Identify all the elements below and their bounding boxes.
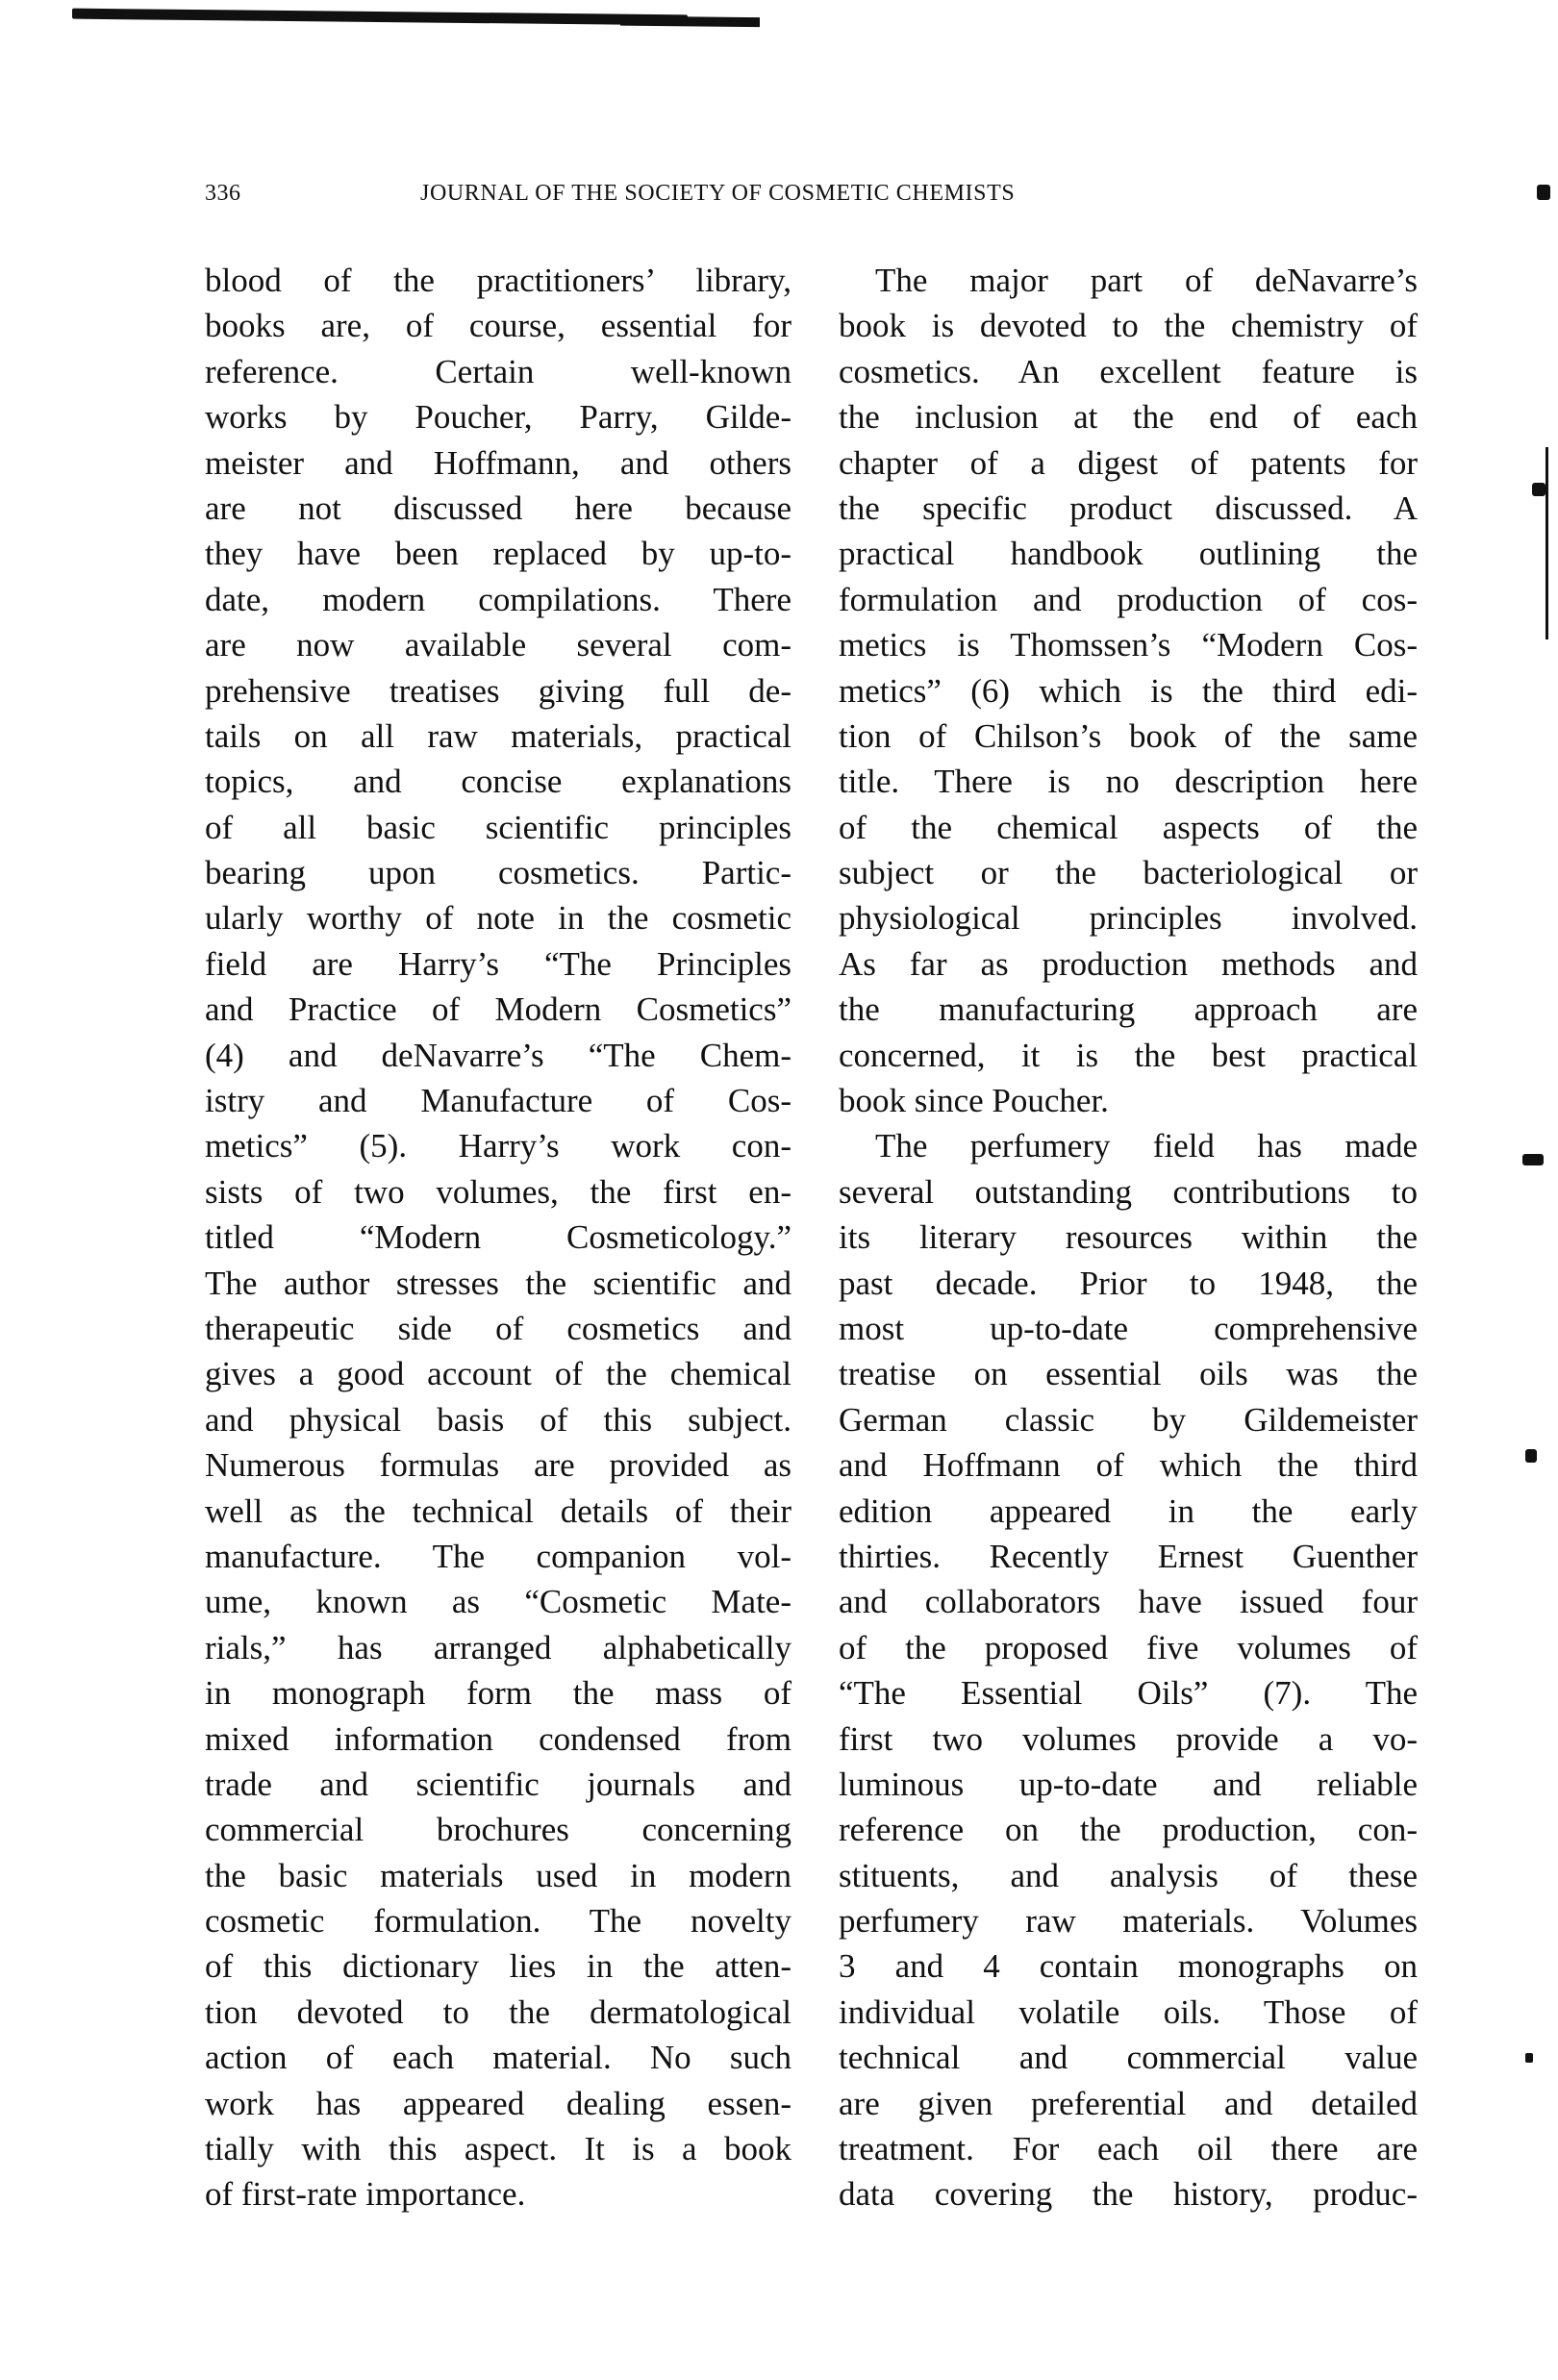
text-line: in monograph form the mass of [205, 1670, 792, 1716]
text-line: individual volatile oils. Those of [839, 1990, 1418, 2035]
text-line: tion devoted to the dermatological [205, 1990, 792, 2035]
text-line: therapeutic side of cosmetics and [205, 1306, 792, 1351]
text-line: topics, and concise explanations [205, 759, 792, 804]
text-line: physiological principles involved. [839, 895, 1418, 940]
text-line: treatment. For each oil there are [839, 2126, 1418, 2171]
text-line: books are, of course, essential for [205, 303, 792, 348]
text-line: luminous up-to-date and reliable [839, 1762, 1418, 1807]
text-line: sists of two volumes, the first en- [205, 1169, 792, 1215]
text-line: of first-rate importance. [205, 2171, 792, 2217]
scan-artifact-mark [1545, 447, 1548, 639]
text-line: commercial brochures concerning [205, 1807, 792, 1852]
text-line: data covering the history, produc- [839, 2171, 1418, 2217]
text-line: book since Poucher. [839, 1078, 1418, 1123]
scan-artifact-mark [1522, 1154, 1544, 1165]
text-line: Numerous formulas are provided as [205, 1442, 792, 1488]
text-line: book is devoted to the chemistry of [839, 303, 1418, 348]
paragraph-start-line: The major part of deNavarre’s [839, 258, 1418, 303]
scan-artifact-mark [1525, 1449, 1537, 1463]
text-line: German classic by Gildemeister [839, 1397, 1418, 1442]
text-line: date, modern compilations. There [205, 577, 792, 622]
text-line: its literary resources within the [839, 1215, 1418, 1260]
text-line: and physical basis of this subject. [205, 1397, 792, 1442]
text-line: reference. Certain well-known [205, 349, 792, 394]
text-line: practical handbook outlining the [839, 531, 1418, 576]
text-line: well as the technical details of their [205, 1489, 792, 1534]
scan-artifact-mark [1525, 2053, 1533, 2063]
text-line: tially with this aspect. It is a book [205, 2126, 792, 2171]
text-line: treatise on essential oils was the [839, 1351, 1418, 1396]
text-line: metics” (6) which is the third edi- [839, 668, 1418, 714]
text-line: rials,” has arranged alphabetically [205, 1625, 792, 1670]
text-line: field are Harry’s “The Principles [205, 941, 792, 987]
text-line: blood of the practitioners’ library, [205, 258, 792, 303]
text-line: the manufacturing approach are [839, 987, 1418, 1032]
text-line: manufacture. The companion vol- [205, 1534, 792, 1579]
text-line: formulation and production of cos- [839, 577, 1418, 622]
text-line: are given preferential and detailed [839, 2081, 1418, 2126]
text-line: cosmetic formulation. The novelty [205, 1898, 792, 1943]
text-line: ularly worthy of note in the cosmetic [205, 895, 792, 940]
text-line: 3 and 4 contain monographs on [839, 1943, 1418, 1989]
text-line: are not discussed here because [205, 486, 792, 531]
text-line: stituents, and analysis of these [839, 1853, 1418, 1898]
text-line: first two volumes provide a vo- [839, 1716, 1418, 1762]
paragraph-start-line: The perfumery field has made [839, 1123, 1418, 1168]
text-line: trade and scientific journals and [205, 1762, 792, 1807]
text-line: tion of Chilson’s book of the same [839, 714, 1418, 759]
text-line: are now available several com- [205, 622, 792, 667]
text-line: works by Poucher, Parry, Gilde- [205, 394, 792, 439]
text-line: As far as production methods and [839, 941, 1418, 987]
text-line: past decade. Prior to 1948, the [839, 1261, 1418, 1306]
text-line: tails on all raw materials, practical [205, 714, 792, 759]
text-line: mixed information condensed from [205, 1716, 792, 1762]
journal-title: JOURNAL OF THE SOCIETY OF COSMETIC CHEMI… [420, 181, 1015, 207]
running-head: 336 JOURNAL OF THE SOCIETY OF COSMETIC C… [205, 181, 1417, 210]
text-line: gives a good account of the chemical [205, 1351, 792, 1396]
text-line: the inclusion at the end of each [839, 394, 1418, 439]
text-line: of the proposed five volumes of [839, 1625, 1418, 1670]
text-line: “The Essential Oils” (7). The [839, 1670, 1418, 1716]
text-line: edition appeared in the early [839, 1489, 1418, 1534]
text-line: and collaborators have issued four [839, 1579, 1418, 1624]
text-line: istry and Manufacture of Cos- [205, 1078, 792, 1123]
text-line: title. There is no description here [839, 759, 1418, 804]
text-line: perfumery raw materials. Volumes [839, 1898, 1418, 1943]
text-line: most up-to-date comprehensive [839, 1306, 1418, 1351]
page-number: 336 [205, 181, 241, 207]
text-line: and Hoffmann of which the third [839, 1442, 1418, 1488]
right-column: The major part of deNavarre’s book is de… [839, 258, 1418, 2217]
text-line: titled “Modern Cosmeticology.” [205, 1215, 792, 1260]
text-line: work has appeared dealing essen- [205, 2081, 792, 2126]
text-line: metics” (5). Harry’s work con- [205, 1123, 792, 1168]
text-line: several outstanding contributions to [839, 1169, 1418, 1215]
scan-artifact-mark [1532, 483, 1545, 496]
text-line: cosmetics. An excellent feature is [839, 349, 1418, 394]
text-line: they have been replaced by up-to- [205, 531, 792, 576]
text-line: ume, known as “Cosmetic Mate- [205, 1579, 792, 1624]
text-line: (4) and deNavarre’s “The Chem- [205, 1033, 792, 1078]
left-column: blood of the practitioners’ library, boo… [205, 258, 792, 2217]
text-line: of all basic scientific principles [205, 805, 792, 850]
text-line: of the chemical aspects of the [839, 805, 1418, 850]
text-line: technical and commercial value [839, 2035, 1418, 2080]
text-line: subject or the bacteriological or [839, 850, 1418, 895]
text-line: action of each material. No such [205, 2035, 792, 2080]
text-line: the basic materials used in modern [205, 1853, 792, 1898]
text-line: The author stresses the scientific and [205, 1261, 792, 1306]
text-line: meister and Hoffmann, and others [205, 440, 792, 486]
text-line: and Practice of Modern Cosmetics” [205, 987, 792, 1032]
text-line: of this dictionary lies in the atten- [205, 1943, 792, 1989]
text-line: chapter of a digest of patents for [839, 440, 1418, 486]
text-line: thirties. Recently Ernest Guenther [839, 1534, 1418, 1579]
text-line: metics is Thomssen’s “Modern Cos- [839, 622, 1418, 667]
text-line: prehensive treatises giving full de- [205, 668, 792, 714]
text-line: bearing upon cosmetics. Partic- [205, 850, 792, 895]
scan-artifact-bar [72, 9, 688, 26]
scan-artifact-mark [1537, 185, 1550, 200]
text-line: concerned, it is the best practical [839, 1033, 1418, 1078]
text-line: the specific product discussed. A [839, 486, 1418, 531]
text-line: reference on the production, con- [839, 1807, 1418, 1852]
